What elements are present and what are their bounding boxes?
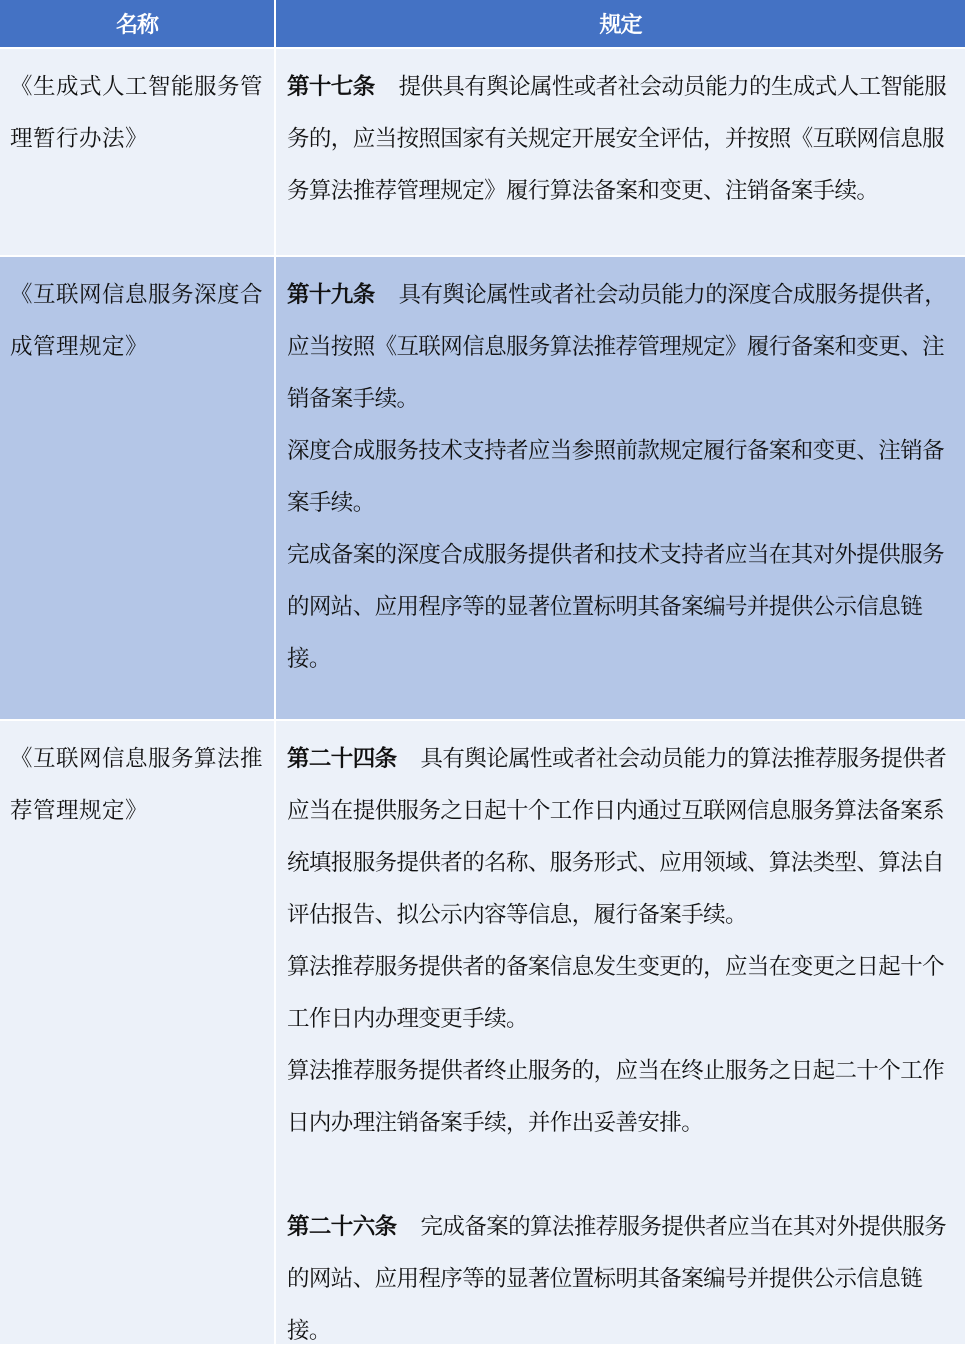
paragraph-spacer (287, 1149, 961, 1201)
column-header-regulation: 规定 (276, 0, 965, 47)
regulation-paragraph: 第十九条具有舆论属性或者社会动员能力的深度合成服务提供者，应当按照《互联网信息服… (287, 269, 961, 425)
regulation-text-cell: 第十九条具有舆论属性或者社会动员能力的深度合成服务提供者，应当按照《互联网信息服… (276, 257, 965, 719)
table-row: 《互联网信息服务深度合成管理规定》 第十九条具有舆论属性或者社会动员能力的深度合… (0, 257, 965, 719)
regulation-paragraph: 完成备案的深度合成服务提供者和技术支持者应当在其对外提供服务的网站、应用程序等的… (287, 529, 961, 685)
article-text: 具有舆论属性或者社会动员能力的算法推荐服务提供者应当在提供服务之日起十个工作日内… (287, 746, 946, 928)
table-row: 《生成式人工智能服务管理暂行办法》 第十七条提供具有舆论属性或者社会动员能力的生… (0, 49, 965, 255)
article-text: 提供具有舆论属性或者社会动员能力的生成式人工智能服务的，应当按照国家有关规定开展… (287, 74, 946, 204)
article-number: 第二十四条 (287, 746, 397, 772)
regulation-text-cell: 第二十四条具有舆论属性或者社会动员能力的算法推荐服务提供者应当在提供服务之日起十… (276, 721, 965, 1342)
regulation-paragraph: 算法推荐服务提供者的备案信息发生变更的，应当在变更之日起十个工作日内办理变更手续… (287, 941, 961, 1045)
regulation-paragraph: 第二十六条完成备案的算法推荐服务提供者应当在其对外提供服务的网站、应用程序等的显… (287, 1201, 961, 1342)
article-number: 第二十六条 (287, 1214, 397, 1240)
regulation-name-cell: 《生成式人工智能服务管理暂行办法》 (0, 49, 274, 255)
regulation-paragraph: 算法推荐服务提供者终止服务的，应当在终止服务之日起二十个工作日内办理注销备案手续… (287, 1045, 961, 1149)
table-header-row: 名称 规定 (0, 0, 965, 47)
article-number: 第十九条 (287, 282, 375, 308)
regulation-paragraph: 第二十四条具有舆论属性或者社会动员能力的算法推荐服务提供者应当在提供服务之日起十… (287, 733, 961, 941)
table-row: 《互联网信息服务算法推荐管理规定》 第二十四条具有舆论属性或者社会动员能力的算法… (0, 721, 965, 1342)
regulations-table: 名称 规定 《生成式人工智能服务管理暂行办法》 第十七条提供具有舆论属性或者社会… (0, 0, 965, 1342)
regulation-paragraph: 深度合成服务技术支持者应当参照前款规定履行备案和变更、注销备案手续。 (287, 425, 961, 529)
regulation-text-cell: 第十七条提供具有舆论属性或者社会动员能力的生成式人工智能服务的，应当按照国家有关… (276, 49, 965, 255)
regulation-name-cell: 《互联网信息服务算法推荐管理规定》 (0, 721, 274, 1342)
column-header-name: 名称 (0, 0, 274, 47)
article-text: 具有舆论属性或者社会动员能力的深度合成服务提供者，应当按照《互联网信息服务算法推… (287, 282, 946, 412)
article-number: 第十七条 (287, 74, 375, 100)
regulation-name-cell: 《互联网信息服务深度合成管理规定》 (0, 257, 274, 719)
regulation-paragraph: 第十七条提供具有舆论属性或者社会动员能力的生成式人工智能服务的，应当按照国家有关… (287, 61, 961, 217)
